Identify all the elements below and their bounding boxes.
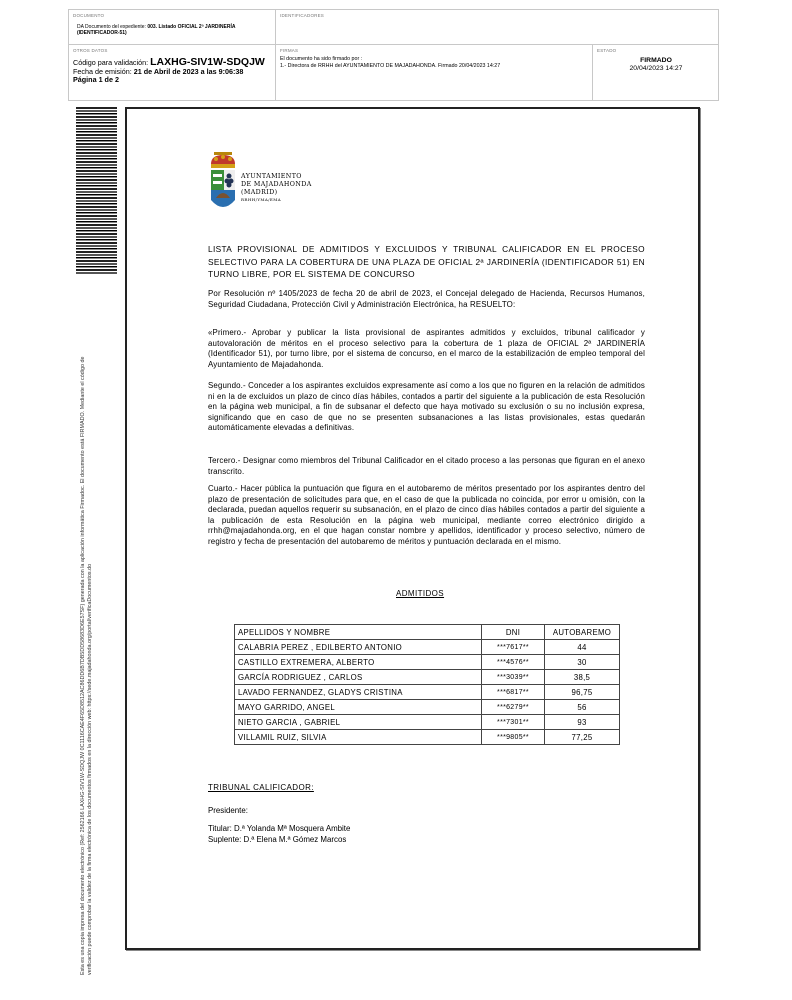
firmas-label: FIRMAS: [280, 48, 298, 53]
verification-side-text: Esta es una copia impresa del documento …: [80, 295, 93, 975]
name-cell: NIETO GARCIA , GABRIEL: [235, 715, 482, 730]
titular: Titular: D.ª Yolanda Mª Mosquera Ambite: [208, 824, 350, 835]
name-cell: MAYO GARRIDO, ANGEL: [235, 700, 482, 715]
autobaremo-cell: 30: [545, 655, 620, 670]
table-row: VILLAMIL RUIZ, SILVIA***9805**77,25: [235, 730, 620, 745]
table-header-row: APELLIDOS Y NOMBRE DNI AUTOBAREMO: [235, 625, 620, 640]
documento-cell: DOCUMENTO DA Documento del expediente: 0…: [69, 10, 276, 45]
documento-description: DA Documento del expediente: 003. Listad…: [77, 24, 236, 36]
autobaremo-cell: 96,75: [545, 685, 620, 700]
cuarto-paragraph: Cuarto.- Hacer pública la puntuación que…: [208, 484, 645, 547]
signer-line: 1.- Directora de RRHH del AYUNTAMIENTO D…: [280, 63, 500, 69]
document-title: LISTA PROVISIONAL DE ADMITIDOS Y EXCLUID…: [208, 243, 645, 281]
identificadores-cell: IDENTIFICADORES: [276, 10, 719, 45]
autobaremo-cell: 77,25: [545, 730, 620, 745]
presidente-members: Titular: D.ª Yolanda Mª Mosquera Ambite …: [208, 824, 350, 845]
table-row: CASTILLO EXTREMERA, ALBERTO***4576**30: [235, 655, 620, 670]
identificadores-label: IDENTIFICADORES: [280, 13, 324, 18]
dni-cell: ***6817**: [482, 685, 545, 700]
intro-paragraph: Por Resolución nº 1405/2023 de fecha 20 …: [208, 289, 645, 310]
name-cell: CASTILLO EXTREMERA, ALBERTO: [235, 655, 482, 670]
autobaremo-cell: 38,5: [545, 670, 620, 685]
name-cell: GARCÍA RODRIGUEZ , CARLOS: [235, 670, 482, 685]
estado-cell: ESTADO FIRMADO 20/04/2023 14:27: [593, 45, 719, 101]
admitidos-heading: ADMITIDOS: [396, 589, 444, 598]
dni-cell: ***6279**: [482, 700, 545, 715]
column-header: DNI: [482, 625, 545, 640]
presidente-label: Presidente:: [208, 806, 248, 815]
tribunal-heading: TRIBUNAL CALIFICADOR:: [208, 783, 314, 792]
table-row: MAYO GARRIDO, ANGEL***6279**56: [235, 700, 620, 715]
column-header: AUTOBAREMO: [545, 625, 620, 640]
otros-datos-label: OTROS DATOS: [73, 48, 108, 53]
dni-cell: ***9805**: [482, 730, 545, 745]
column-header: APELLIDOS Y NOMBRE: [235, 625, 482, 640]
autobaremo-cell: 56: [545, 700, 620, 715]
dni-cell: ***7301**: [482, 715, 545, 730]
name-cell: LAVADO FERNANDEZ, GLADYS CRISTINA: [235, 685, 482, 700]
documento-label: DOCUMENTO: [73, 13, 104, 18]
status-date: 20/04/2023 14:27: [630, 65, 683, 72]
firmas-cell: FIRMAS El documento ha sido firmado por …: [276, 45, 593, 101]
segundo-paragraph: Segundo.- Conceder a los aspirantes excl…: [208, 381, 645, 434]
name-cell: VILLAMIL RUIZ, SILVIA: [235, 730, 482, 745]
status-badge: FIRMADO: [640, 57, 672, 64]
logo-text: AYUNTAMIENTO DE MAJADAHONDA (MADRID) RRH…: [241, 173, 312, 202]
tercero-paragraph: Tercero.- Designar como miembros del Tri…: [208, 456, 645, 477]
primero-paragraph: «Primero.- Aprobar y publicar la lista p…: [208, 328, 645, 370]
dni-cell: ***3039**: [482, 670, 545, 685]
table-row: LAVADO FERNANDEZ, GLADYS CRISTINA***6817…: [235, 685, 620, 700]
barcode: [76, 107, 117, 275]
suplente: Suplente: D.ª Elena M.ª Gómez Marcos: [208, 835, 350, 846]
name-cell: CALABRIA PEREZ , EDILBERTO ANTONIO: [235, 640, 482, 655]
admitidos-table: APELLIDOS Y NOMBRE DNI AUTOBAREMO CALABR…: [234, 624, 620, 745]
otros-datos-cell: OTROS DATOS Código para validación: LAXH…: [69, 45, 276, 101]
autobaremo-cell: 93: [545, 715, 620, 730]
dni-cell: ***4576**: [482, 655, 545, 670]
emission-date: 21 de Abril de 2023 a las 9:06:38: [134, 67, 244, 76]
coat-of-arms-icon: [208, 152, 238, 214]
page-number: Página 1 de 2: [73, 75, 119, 84]
document-header: DOCUMENTO DA Documento del expediente: 0…: [68, 9, 719, 101]
table-row: GARCÍA RODRIGUEZ , CARLOS***3039**38,5: [235, 670, 620, 685]
table-row: NIETO GARCIA , GABRIEL***7301**93: [235, 715, 620, 730]
estado-label: ESTADO: [597, 48, 616, 53]
autobaremo-cell: 44: [545, 640, 620, 655]
table-row: CALABRIA PEREZ , EDILBERTO ANTONIO***761…: [235, 640, 620, 655]
dni-cell: ***7617**: [482, 640, 545, 655]
